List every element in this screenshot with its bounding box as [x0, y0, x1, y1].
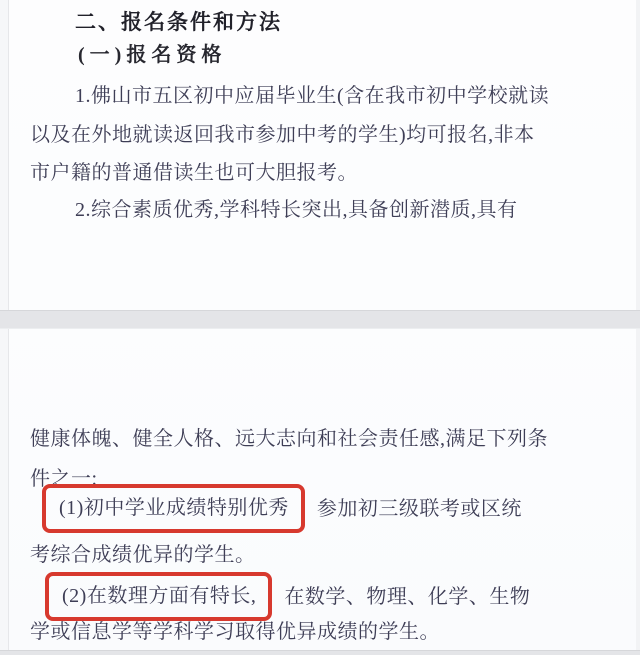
condition-item-1-wrap-line: 考综合成绩优异的学生。: [30, 542, 256, 568]
condition-item-2-rest: 在数学、物理、化学、生物: [284, 584, 530, 610]
section-heading: 二、报名条件和方法: [75, 6, 282, 36]
red-highlight-box-1: (1)初中学业成绩特别优秀: [42, 484, 305, 533]
paragraph-2-cont-line-1: 健康体魄、健全人格、远大志向和社会责任感,满足下列条: [30, 426, 548, 452]
condition-item-1: (1)初中学业成绩特别优秀 参加初三级联考或区统: [42, 484, 522, 533]
subsection-heading: (一)报名资格: [78, 38, 226, 67]
paragraph-1-line-3: 市户籍的普通借读生也可大胆报考。: [30, 160, 358, 186]
condition-item-2-wrap-line: 学或信息学等学科学习取得优异成绩的学生。: [30, 619, 440, 645]
condition-item-1-rest: 参加初三级联考或区统: [317, 496, 522, 522]
red-highlight-box-2: (2)在数理方面有特长,: [45, 572, 272, 621]
page-break-divider: [0, 310, 640, 329]
condition-item-2: (2)在数理方面有特长, 在数学、物理、化学、生物: [45, 572, 530, 621]
paragraph-2-line-1: 2.综合素质优秀,学科特长突出,具备创新潜质,具有: [30, 197, 518, 223]
paragraph-1-line-2: 以及在外地就读返回我市参加中考的学生)均可报名,非本: [30, 122, 535, 148]
paragraph-1-line-1: 1.佛山市五区初中应届毕业生(含在我市初中学校就读: [30, 83, 549, 109]
page-break-divider-bottom: [0, 650, 640, 655]
document-screenshot: 二、报名条件和方法 (一)报名资格 1.佛山市五区初中应届毕业生(含在我市初中学…: [0, 0, 640, 655]
